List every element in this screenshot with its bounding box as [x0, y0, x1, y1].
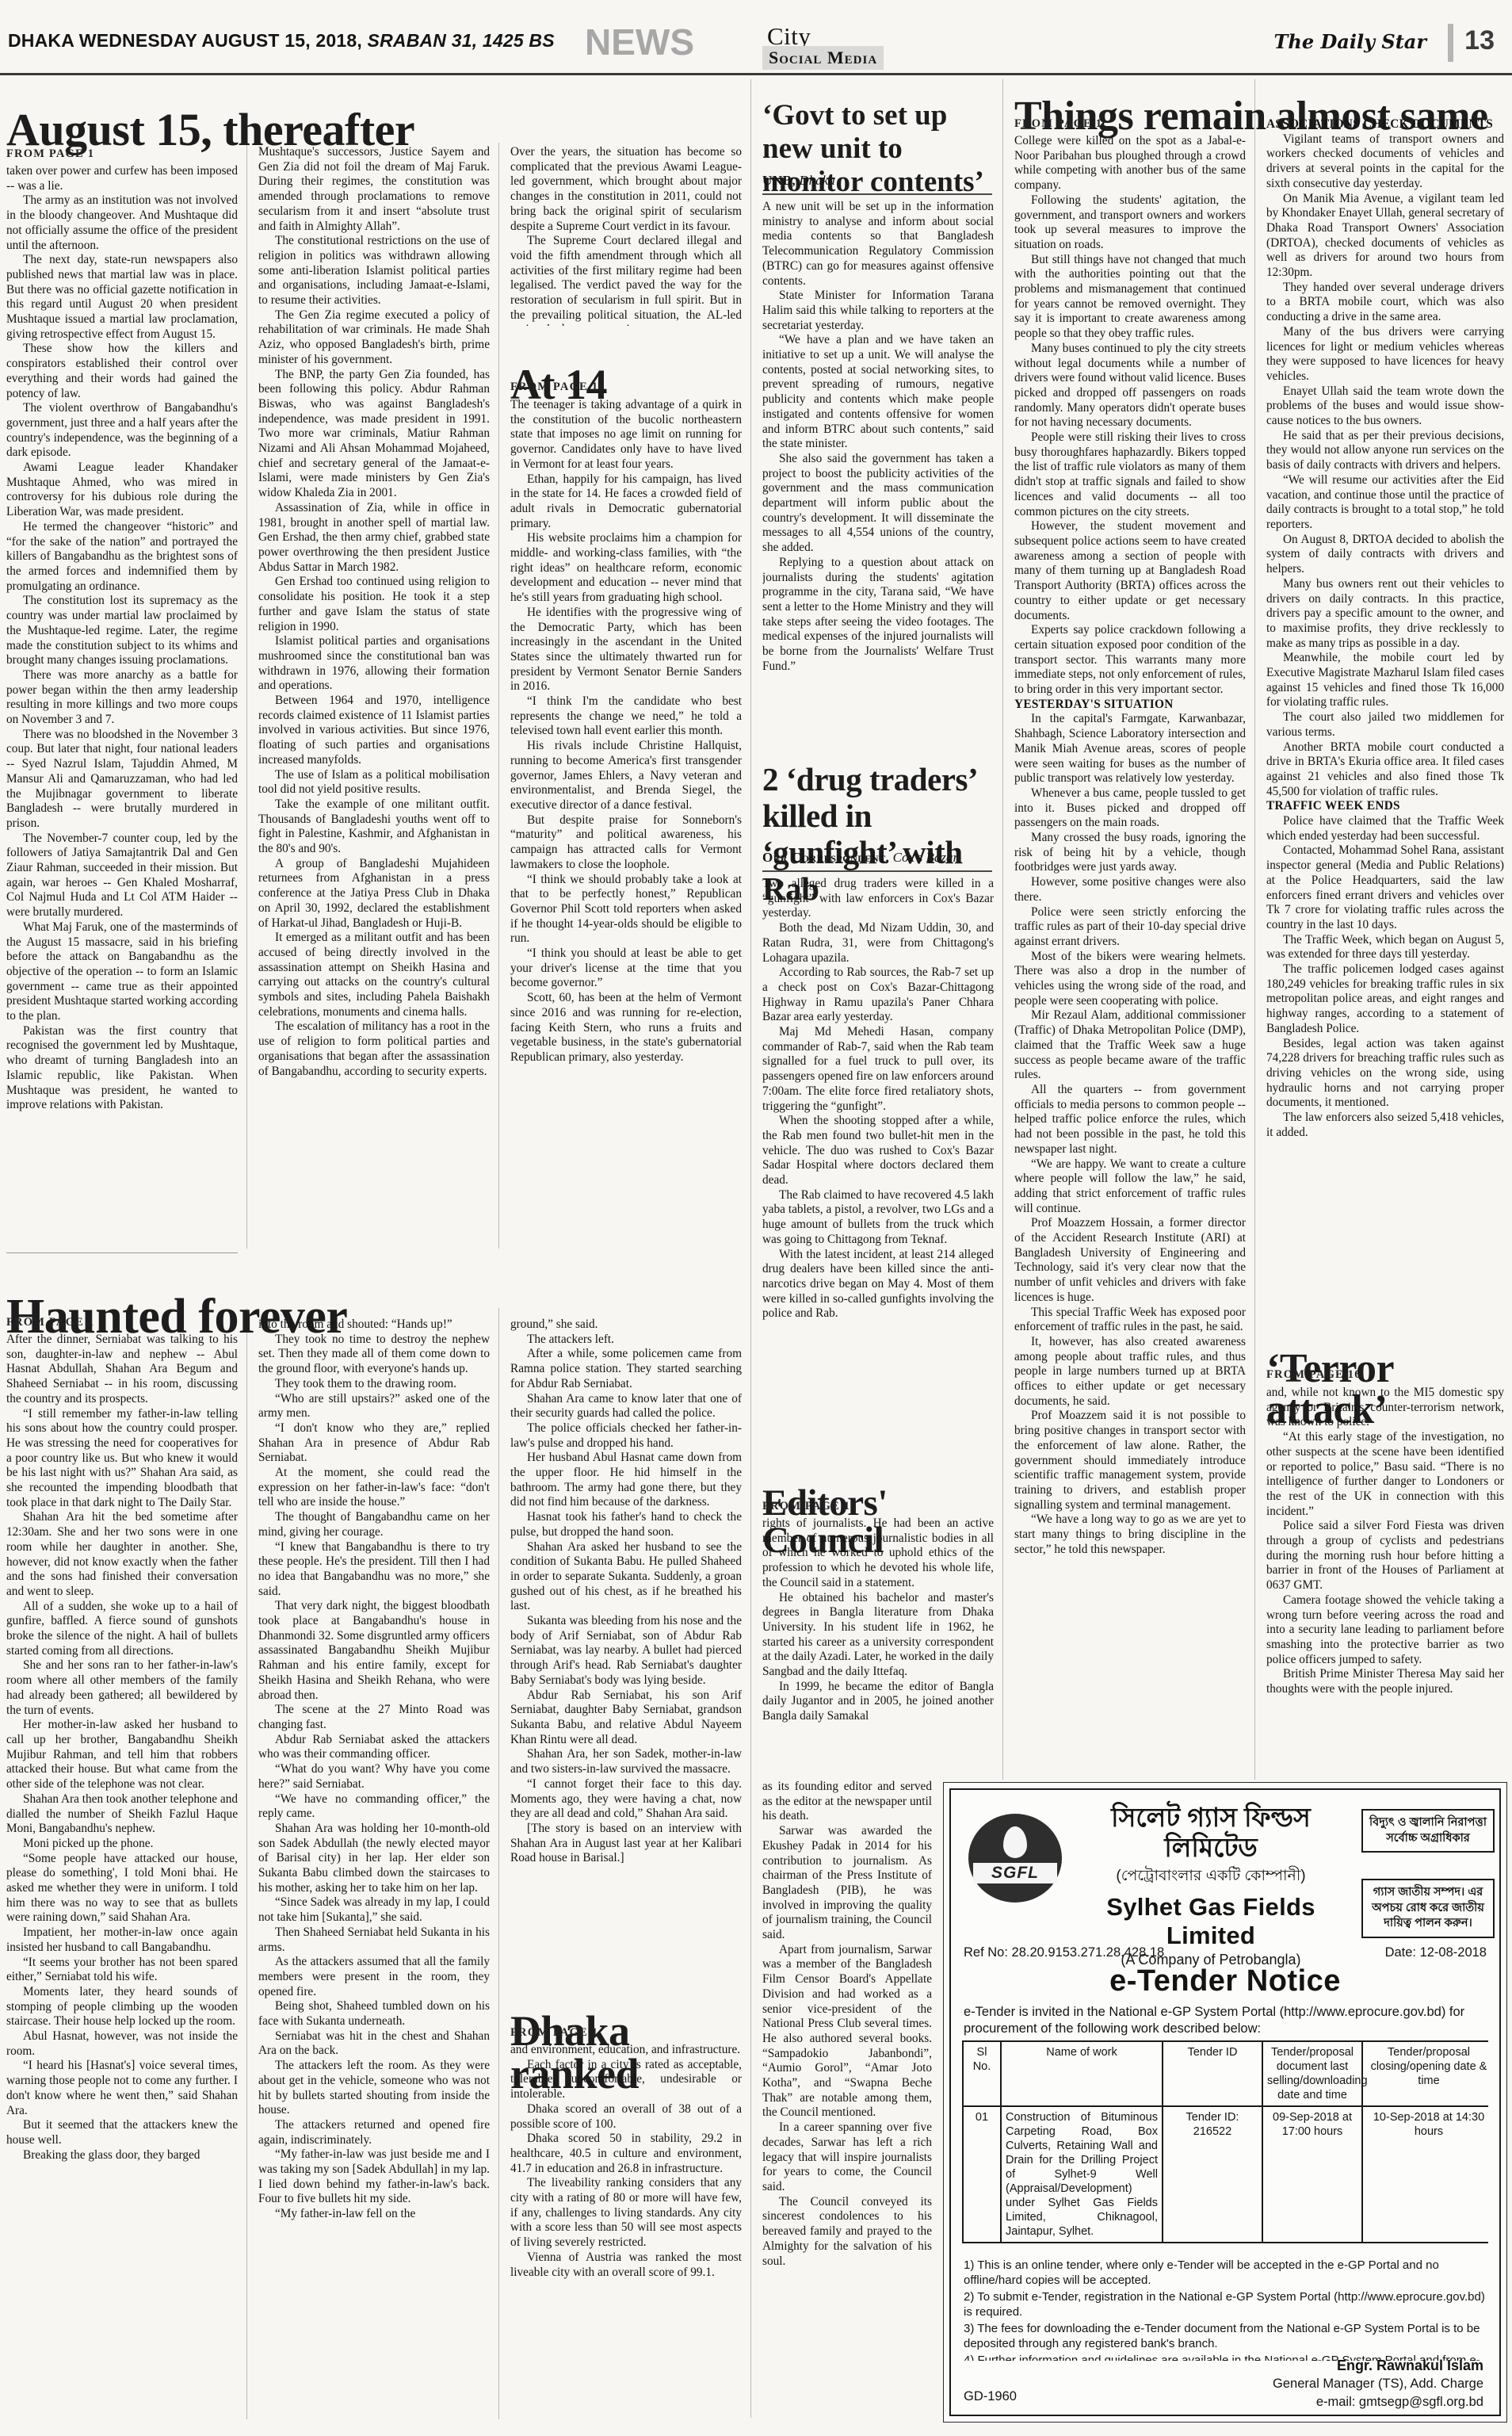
- paragraph: The court also jailed two middlemen for …: [1266, 710, 1504, 740]
- cell-closing-date: 10-Sep-2018 at 14:30 hours: [1362, 2106, 1488, 2243]
- cell-tender-id: Tender ID: 216522: [1163, 2106, 1262, 2243]
- paragraph: Her husband Abul Hasnat came down from t…: [510, 1451, 742, 1510]
- tender-id-label: Tender ID:: [1186, 2111, 1239, 2124]
- col-header-sl: Sl No.: [963, 2041, 1001, 2106]
- paragraph: The escalation of militancy has a root i…: [258, 1019, 490, 1079]
- ad-ref-no: Ref No: 28.20.9153.271.28.428.18: [964, 1945, 1164, 1960]
- paragraph: YESTERDAY'S SITUATION: [1014, 698, 1246, 713]
- company-name-bangla: সিলেট গ্যাস ফিল্ডস লিমিটেড: [1070, 1803, 1352, 1863]
- ad-border: SGFL সিলেট গ্যাস ফিল্ডস লিমিটেড (পেট্রোব…: [949, 1788, 1501, 2416]
- paragraph: Dhaka scored 50 in stability, 29.2 in he…: [510, 2132, 742, 2176]
- article-column: Over the years, the situation has become…: [510, 145, 742, 326]
- column-rule: [750, 79, 751, 2418]
- sgfl-logo: SGFL: [968, 1814, 1062, 1903]
- ad-note: 1) This is an online tender, where only …: [964, 2258, 1487, 2288]
- dateline: DHAKA WEDNESDAY AUGUST 15, 2018, SRABAN …: [8, 30, 555, 52]
- paragraph: She also said the government has taken a…: [762, 452, 994, 556]
- paragraph: Apart from journalism, Sarwar was a memb…: [762, 1943, 932, 2121]
- ad-title: e-Tender Notice: [951, 1964, 1499, 1998]
- paragraph: The BNP, the party Gen Zia founded, has …: [258, 368, 490, 501]
- paragraph: It, however, has also created awareness …: [1014, 1335, 1246, 1409]
- from-page: FROM PAGE 1: [6, 1316, 94, 1329]
- paragraph: Experts say police crackdown following a…: [1014, 623, 1246, 698]
- article-column: Two alleged drug traders were killed in …: [762, 877, 994, 1452]
- masthead-rule: [0, 73, 1512, 75]
- ad-slogan-box-2: গ্যাস জাতীয় সম্পদ। এর অপচয় রোধ করে জাত…: [1361, 1879, 1495, 1938]
- page-number: 13: [1464, 25, 1495, 56]
- paragraph: All of a sudden, she woke up to a hail o…: [6, 1600, 238, 1659]
- paragraph: What Maj Faruk, one of the masterminds o…: [6, 920, 238, 1024]
- column-rule: [246, 143, 247, 1249]
- article-column-narrow: as its founding editor and served as the…: [762, 1780, 932, 2419]
- paragraph: ASSOCIATIONS CHECK DOCUMENTS: [1266, 117, 1504, 132]
- paragraph: All the quarters -- from government offi…: [1014, 1083, 1246, 1157]
- paragraph: Shahan Ara hit the bed sometime after 12…: [6, 1510, 238, 1599]
- paragraph: The violent overthrow of Bangabandhu's g…: [6, 401, 238, 461]
- paragraph: In 1999, he became the editor of Bangla …: [762, 1680, 994, 1724]
- paragraph: The attackers returned and opened fire a…: [258, 2118, 490, 2147]
- paragraph: Then Shaheed Serniabat held Sukanta in h…: [258, 1925, 490, 1955]
- paragraph: “Some people have attacked our house, pl…: [6, 1852, 238, 1926]
- article-column: ASSOCIATIONS CHECK DOCUMENTSVigilant tea…: [1266, 117, 1504, 1308]
- paragraph: The scene at the 27 Minto Road was chang…: [258, 1703, 490, 1732]
- paragraph: “I think you should at least be able to …: [510, 946, 742, 991]
- ad-date: Date: 12-08-2018: [1385, 1945, 1487, 1960]
- paragraph: ground,” she said.: [510, 1317, 742, 1333]
- paragraph: “Since Sadek was already in my lap, I co…: [258, 1895, 490, 1925]
- cell-sl: 01: [963, 2106, 1001, 2243]
- paragraph: Police said a silver Ford Fiesta was dri…: [1266, 1519, 1504, 1593]
- paragraph: Vienna of Austria was ranked the most li…: [510, 2251, 742, 2280]
- paragraph: Abdur Rab Serniabat, his son Arif Sernia…: [510, 1688, 742, 1748]
- paragraph: But still things have not changed that m…: [1014, 253, 1246, 342]
- article-column: College were killed on the spot as a Jab…: [1014, 134, 1246, 1778]
- paragraph: The police officials checked her father-…: [510, 1421, 742, 1451]
- paragraph: That very dark night, the biggest bloodb…: [258, 1599, 490, 1703]
- byline-place: Dhaka: [796, 173, 835, 188]
- article-column: The teenager is taking advantage of a qu…: [510, 398, 742, 1248]
- paragraph: There was more anarchy as a battle for p…: [6, 668, 238, 728]
- paragraph: Moni picked up the phone.: [6, 1837, 238, 1852]
- paragraph: The Traffic Week, which began on August …: [1266, 933, 1504, 962]
- paragraph: In a career spanning over five decades, …: [762, 2121, 932, 2195]
- cell-selling-date: 09-Sep-2018 at 17:00 hours: [1262, 2106, 1362, 2243]
- paragraph: taken over power and curfew has been imp…: [6, 164, 238, 193]
- byline: UNB, Dhaka: [762, 173, 992, 195]
- paragraph: He termed the changeover “historic” and …: [6, 520, 238, 595]
- ad-company-block: সিলেট গ্যাস ফিল্ডস লিমিটেড (পেট্রোবাংলার…: [1070, 1803, 1352, 1968]
- paragraph: But it seemed that the attackers knew th…: [6, 2118, 238, 2147]
- from-page: FROM PAGE 1: [6, 147, 94, 161]
- paragraph: But despite praise for Sonneborn's “matu…: [510, 813, 742, 873]
- company-sub-bangla: (পেট্রোবাংলার একটি কোম্পানী): [1070, 1864, 1352, 1890]
- paragraph: Many bus owners rent out their vehicles …: [1266, 577, 1504, 652]
- paragraph: “At this early stage of the investigatio…: [1266, 1430, 1504, 1519]
- ad-slogan-box-1: বিদ্যুৎ ও জ্বালানি নিরাপত্তা সর্বোচ্চ অগ…: [1361, 1809, 1495, 1853]
- ad-notes: 1) This is an online tender, where only …: [964, 2258, 1487, 2361]
- dateline-date: DHAKA WEDNESDAY AUGUST 15, 2018,: [8, 30, 362, 51]
- article-column: ground,” she said.The attackers left.Aft…: [510, 1317, 742, 1966]
- paragraph: After the dinner, Serniabat was talking …: [6, 1333, 238, 1407]
- article-column: and environment, education, and infrastr…: [510, 2043, 742, 2419]
- paragraph: Shahan Ara came to know later that one o…: [510, 1392, 742, 1421]
- paragraph: “We have a long way to go as we are yet …: [1014, 1512, 1246, 1557]
- col-header-work: Name of work: [1001, 2041, 1163, 2106]
- paragraph: The attackers left the room. As they wer…: [258, 2059, 490, 2118]
- paragraph: Shahan Ara was holding her 10-month-old …: [258, 1822, 490, 1896]
- column-rule: [498, 143, 499, 1249]
- paragraph: The Supreme Court declared illegal and v…: [510, 234, 742, 326]
- article-column: Mushtaque's successors, Justice Sayem an…: [258, 145, 490, 1249]
- from-page: FROM PAGE 16: [762, 1500, 857, 1513]
- column-rule: [1254, 79, 1255, 1780]
- table-header-row: Sl No. Name of work Tender ID Tender/pro…: [963, 2041, 1488, 2106]
- paragraph: Each factor in a city is rated as accept…: [510, 2058, 742, 2102]
- paragraph: These show how the killers and conspirat…: [6, 342, 238, 401]
- paragraph: Take the example of one militant outfit.…: [258, 797, 490, 857]
- paragraph: Islamist political parties and organisat…: [258, 634, 490, 694]
- paragraph: “Who are still upstairs?” asked one of t…: [258, 1392, 490, 1421]
- paragraph: Moments later, they heard sounds of stom…: [6, 1985, 238, 2029]
- paragraph: Many of the bus drivers were carrying li…: [1266, 325, 1504, 384]
- paragraph: There was no bloodshed in the November 3…: [6, 728, 238, 832]
- byline-agency: UNB,: [762, 173, 796, 188]
- paragraph: and environment, education, and infrastr…: [510, 2043, 742, 2058]
- paragraph: Breaking the glass door, they barged: [6, 2148, 238, 2163]
- paragraph: Mushtaque's successors, Justice Sayem an…: [258, 145, 490, 234]
- paragraph: as its founding editor and served as the…: [762, 1780, 932, 1824]
- paragraph: and, while not known to the MI5 domestic…: [1266, 1386, 1504, 1430]
- ad-gd-number: GD-1960: [964, 2389, 1017, 2404]
- paragraph: Serniabat was hit in the chest and Shaha…: [258, 2029, 490, 2059]
- paragraph: Abul Hasnat, however, was not inside the…: [6, 2029, 238, 2059]
- article-column: A new unit will be set up in the informa…: [762, 200, 994, 732]
- paragraph: “I think we should probably take a look …: [510, 873, 742, 947]
- paragraph: He obtained his bachelor and master's de…: [762, 1591, 994, 1680]
- table-row: 01 Construction of Bituminous Carpeting …: [963, 2106, 1488, 2243]
- paragraph: “I heard his [Hasnat's] voice several ti…: [6, 2059, 238, 2118]
- paragraph: The next day, state-run newspapers also …: [6, 253, 238, 342]
- paragraph: His rivals include Christine Hallquist, …: [510, 739, 742, 813]
- ad-table-wrap: Sl No. Name of work Tender ID Tender/pro…: [962, 2040, 1488, 2253]
- paragraph: “We are happy. We want to create a cultu…: [1014, 1157, 1246, 1217]
- paragraph: The constitutional restrictions on the u…: [258, 234, 490, 308]
- paragraph: The traffic policemen lodged cases again…: [1266, 962, 1504, 1037]
- column-rule: [246, 1308, 247, 2419]
- paragraph: Two alleged drug traders were killed in …: [762, 877, 994, 921]
- paragraph: The teenager is taking advantage of a qu…: [510, 398, 742, 472]
- masthead-divider: [1448, 24, 1453, 62]
- paragraph: According to Rab sources, the Rab-7 set …: [762, 966, 994, 1025]
- paragraph: People were still risking their lives to…: [1014, 430, 1246, 519]
- paragraph: “We have no commanding officer,” the rep…: [258, 1792, 490, 1822]
- section-label: NEWS: [585, 24, 694, 60]
- signatory-name: Engr. Rawnakul Islam: [1273, 2356, 1483, 2375]
- paragraph: Her mother-in-law asked her husband to c…: [6, 1718, 238, 1792]
- paragraph: They took them to the drawing room.: [258, 1377, 490, 1392]
- col-header-selling: Tender/proposal document last selling/do…: [1262, 2041, 1362, 2106]
- paragraph: “I knew that Bangabandhu is there to try…: [258, 1540, 490, 1600]
- byline-place: Cox's Bazar: [889, 850, 958, 865]
- tender-id-value: 216522: [1193, 2125, 1231, 2138]
- paragraph: In the capital's Farmgate, Karwanbazar, …: [1014, 712, 1246, 786]
- paragraph: “My father-in-law was just beside me and…: [258, 2147, 490, 2207]
- paragraph: As the attackers assumed that all the fa…: [258, 1955, 490, 1999]
- article-column: taken over power and curfew has been imp…: [6, 164, 238, 1249]
- paragraph: However, the student movement and subseq…: [1014, 519, 1246, 623]
- paragraph: College were killed on the spot as a Jab…: [1014, 134, 1246, 193]
- paragraph: Many crossed the busy roads, ignoring th…: [1014, 831, 1246, 875]
- paragraph: “It seems your brother has not been spar…: [6, 1956, 238, 1985]
- dateline-bangla-date: SRABAN 31, 1425 BS: [368, 30, 555, 51]
- paragraph: The Gen Zia regime executed a policy of …: [258, 308, 490, 368]
- paragraph: “I cannot forget their face to this day.…: [510, 1777, 742, 1822]
- paragraph: Besides, legal action was taken against …: [1266, 1037, 1504, 1111]
- paragraph: “I still remember my father-in-law telli…: [6, 1407, 238, 1511]
- paragraph: He identifies with the progressive wing …: [510, 606, 742, 694]
- paragraph: Shahan Ara asked her husband to see the …: [510, 1540, 742, 1615]
- paragraph: Prof Moazzem Hossain, a former director …: [1014, 1216, 1246, 1305]
- paragraph: The Rab claimed to have recovered 4.5 la…: [762, 1188, 994, 1248]
- article-column: After the dinner, Serniabat was talking …: [6, 1333, 238, 2419]
- paragraph: Many buses continued to ply the city str…: [1014, 342, 1246, 430]
- sgfl-logo-text: SGFL: [991, 1864, 1039, 1883]
- paragraph: Between 1964 and 1970, intelligence reco…: [258, 694, 490, 768]
- paragraph: The constitution lost its supremacy as t…: [6, 594, 238, 668]
- paragraph: Maj Md Mehedi Hasan, company commander o…: [762, 1025, 994, 1114]
- paragraph: Sukanta was bleeding from his nose and t…: [510, 1614, 742, 1688]
- paragraph: Mir Rezaul Alam, additional commissioner…: [1014, 1008, 1246, 1083]
- paragraph: British Prime Minister Theresa May said …: [1266, 1667, 1504, 1696]
- paragraph: Pakistan was the first country that reco…: [6, 1024, 238, 1113]
- paragraph: Ethan, happily for his campaign, has liv…: [510, 472, 742, 532]
- company-name-english: Sylhet Gas Fields Limited: [1070, 1893, 1352, 1950]
- cell-work: Construction of Bituminous Carpeting Roa…: [1001, 2106, 1163, 2243]
- paragraph: The attackers left.: [510, 1333, 742, 1348]
- paragraph: On Manik Mia Avenue, a vigilant team led…: [1266, 192, 1504, 281]
- ad-intro: e-Tender is invited in the National e-GP…: [964, 2004, 1487, 2038]
- paragraph: “We have a plan and we have taken an ini…: [762, 333, 994, 452]
- paragraph: They handed over several underage driver…: [1266, 281, 1504, 325]
- paragraph: It emerged as a militant outfit and has …: [258, 931, 490, 1019]
- article-column: and, while not known to the MI5 domestic…: [1266, 1386, 1504, 1777]
- paper-logo: The Daily Star: [1274, 30, 1426, 53]
- paragraph: Hasnat took his father's hand to check t…: [510, 1510, 742, 1539]
- paragraph: “We will resume our activities after the…: [1266, 473, 1504, 533]
- paragraph: However, some positive changes were also…: [1014, 875, 1246, 904]
- paragraph: Assassination of Zia, while in office in…: [258, 501, 490, 576]
- paragraph: The use of Islam as a political mobilisa…: [258, 768, 490, 797]
- from-page: FROM PAGE 1: [1014, 117, 1102, 131]
- signatory-title: General Manager (TS), Add. Charge: [1273, 2375, 1483, 2392]
- paragraph: Prof Moazzem said it is not possible to …: [1014, 1409, 1246, 1512]
- paragraph: Gen Ershad too continued using religion …: [258, 575, 490, 634]
- paragraph: Police have claimed that the Traffic Wee…: [1266, 814, 1504, 843]
- paragraph: Enayet Ullah said the team wrote down th…: [1266, 384, 1504, 429]
- paragraph: Camera footage showed the vehicle taking…: [1266, 1593, 1504, 1668]
- paragraph: Abdur Rab Serniabat asked the attackers …: [258, 1733, 490, 1762]
- paragraph: The November-7 counter coup, led by the …: [6, 832, 238, 920]
- paragraph: Contacted, Mohammad Sohel Rana, assistan…: [1266, 843, 1504, 932]
- gas-drop-icon: [1003, 1826, 1027, 1858]
- paragraph: Another BRTA mobile court conducted a dr…: [1266, 740, 1504, 800]
- paragraph: Shahan Ara then took another telephone a…: [6, 1792, 238, 1837]
- paragraph: The thought of Bangabandhu came on her m…: [258, 1510, 490, 1539]
- paragraph: Vigilant teams of transport owners and w…: [1266, 132, 1504, 192]
- paragraph: This special Traffic Week has exposed po…: [1014, 1306, 1246, 1335]
- paragraph: Over the years, the situation has become…: [510, 145, 742, 234]
- paragraph: “I think I'm the candidate who best repr…: [510, 694, 742, 739]
- paragraph: The liveability ranking considers that a…: [510, 2176, 742, 2251]
- paragraph: Whenever a bus came, people tussled to g…: [1014, 786, 1246, 831]
- paragraph: Scott, 60, has been at the helm of Vermo…: [510, 991, 742, 1065]
- paragraph: The army as an institution was not invol…: [6, 193, 238, 253]
- paragraph: He said that as per their previous decis…: [1266, 429, 1504, 473]
- paragraph: At the moment, she could read the expres…: [258, 1466, 490, 1510]
- paragraph: TRAFFIC WEEK ENDS: [1266, 799, 1504, 814]
- advertisement-sgfl-tender: SGFL সিলেট গ্যাস ফিল্ডস লিমিটেড (পেট্রোব…: [943, 1782, 1507, 2423]
- ad-note: 2) To submit e-Tender, registration in t…: [964, 2289, 1487, 2319]
- kicker: Social Media: [762, 46, 884, 70]
- paragraph: rights of journalists. He had been an ac…: [762, 1516, 994, 1591]
- end-of-article-rule: [6, 1252, 238, 1253]
- paragraph: Impatient, her mother-in-law once again …: [6, 1925, 238, 1955]
- col-header-tender-id: Tender ID: [1163, 2041, 1262, 2106]
- paragraph: State Minister for Information Tarana Ha…: [762, 289, 994, 333]
- paragraph: “What do you want? Why have you come her…: [258, 1762, 490, 1792]
- paragraph: The law enforcers also seized 5,418 vehi…: [1266, 1111, 1504, 1140]
- paragraph: Sarwar was awarded the Ekushey Padak in …: [762, 1824, 932, 1943]
- paragraph: The Council conveyed its sincerest condo…: [762, 2195, 932, 2270]
- paragraph: “My father-in-law fell on the: [258, 2207, 490, 2222]
- byline: Our Correspondent, Cox's Bazar: [762, 850, 992, 872]
- column-rule: [498, 1308, 499, 2419]
- paragraph: Both the dead, Md Nizam Uddin, 30, and R…: [762, 921, 994, 966]
- from-page: FROM PAGE 1: [510, 2026, 598, 2040]
- signatory-email: e-mail: gmtsegp@sgfl.org.bd: [1273, 2393, 1483, 2411]
- paragraph: Replying to a question about attack on j…: [762, 556, 994, 675]
- paragraph: Police were seen strictly enforcing the …: [1014, 905, 1246, 950]
- paragraph: A group of Bangladeshi Mujahideen return…: [258, 857, 490, 931]
- paragraph: into the room and shouted: “Hands up!”: [258, 1317, 490, 1333]
- paragraph: On August 8, DRTOA decided to abolish th…: [1266, 533, 1504, 577]
- paragraph: His website proclaims him a champion for…: [510, 531, 742, 606]
- byline-correspondent: Our Correspondent,: [762, 850, 889, 865]
- paragraph: When the shooting stopped after a while,…: [762, 1114, 994, 1188]
- paragraph: After a while, some policemen came from …: [510, 1347, 742, 1391]
- from-page: FROM PAGE 16: [510, 381, 605, 394]
- paragraph: Awami League leader Khandaker Mushtaque …: [6, 461, 238, 520]
- article-column: into the room and shouted: “Hands up!”Th…: [258, 1317, 490, 2419]
- paragraph: A new unit will be set up in the informa…: [762, 200, 994, 289]
- tender-table: Sl No. Name of work Tender ID Tender/pro…: [962, 2040, 1488, 2243]
- ad-note: 3) The fees for downloading the e-Tender…: [964, 2321, 1487, 2351]
- paragraph: Dhaka scored an overall of 38 out of a p…: [510, 2102, 742, 2132]
- column-rule: [1002, 79, 1003, 1780]
- paragraph: Most of the bikers were wearing helmets.…: [1014, 950, 1246, 1009]
- from-page: FROM PAGE 16: [1266, 1368, 1361, 1382]
- article-column: rights of journalists. He had been an ac…: [762, 1516, 994, 1780]
- paragraph: [The story is based on an interview with…: [510, 1822, 742, 1866]
- paragraph: “I don't know who they are,” replied Sha…: [258, 1421, 490, 1466]
- paragraph: Shahan Ara, her son Sadek, mother-in-law…: [510, 1747, 742, 1776]
- paragraph: Following the students' agitation, the g…: [1014, 193, 1246, 253]
- paragraph: Being shot, Shaheed tumbled down on his …: [258, 1999, 490, 2029]
- paragraph: They took no time to destroy the nephew …: [258, 1333, 490, 1377]
- ad-signature: Engr. Rawnakul Islam General Manager (TS…: [1273, 2356, 1483, 2411]
- col-header-closing: Tender/proposal closing/opening date & t…: [1362, 2041, 1488, 2106]
- paragraph: Meanwhile, the mobile court led by Execu…: [1266, 651, 1504, 710]
- paragraph: With the latest incident, at least 214 a…: [762, 1248, 994, 1322]
- paragraph: She and her sons ran to her father-in-la…: [6, 1658, 238, 1718]
